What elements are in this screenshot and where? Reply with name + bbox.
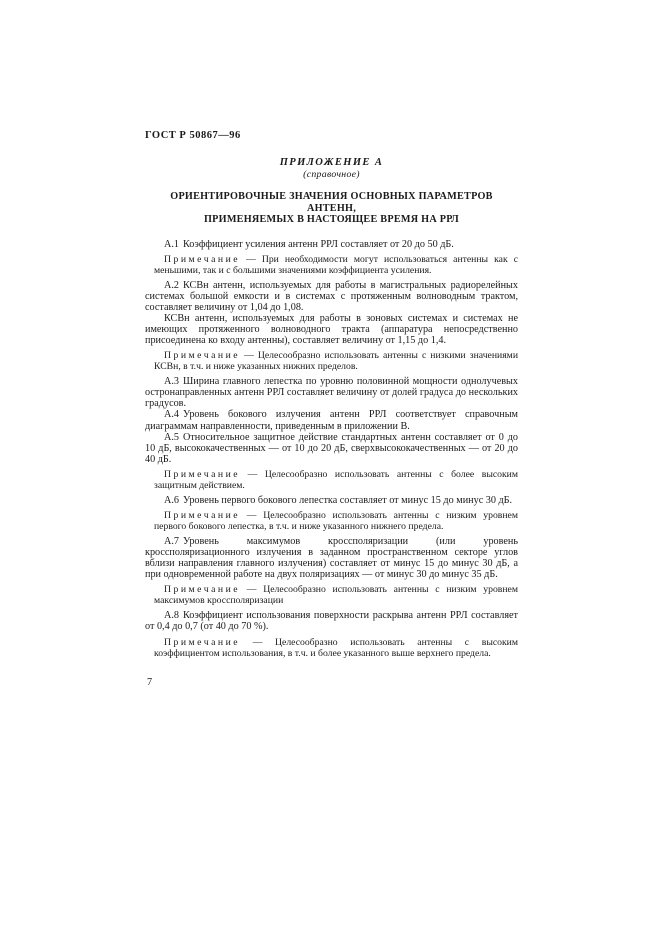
paragraphs-container: А.1Коэффициент усиления антенн РРЛ соста… [145, 239, 518, 659]
appendix-label: ПРИЛОЖЕНИЕ А [145, 157, 518, 168]
clause-text: Уровень максимумов кроссполяризации (или… [145, 536, 518, 580]
clause-paragraph: А.8Коэффициент использования поверхности… [145, 610, 518, 632]
note-label: Примечание [164, 254, 240, 265]
appendix-title: ОРИЕНТИРОВОЧНЫЕ ЗНАЧЕНИЯ ОСНОВНЫХ ПАРАМЕ… [145, 191, 518, 226]
clause-text: Коэффициент усиления антенн РРЛ составля… [183, 239, 454, 250]
clause-paragraph: А.7Уровень максимумов кроссполяризации (… [145, 536, 518, 580]
page-number: 7 [147, 677, 152, 688]
clause-number: А.1 [164, 239, 183, 250]
note-label: Примечание [164, 637, 240, 648]
appendix-kind: (справочное) [145, 169, 518, 180]
note-paragraph: Примечание — Целесообразно использовать … [154, 510, 518, 532]
note-paragraph: Примечание — Целесообразно использовать … [154, 637, 518, 659]
clause-paragraph: А.4Уровень бокового излучения антенн РРЛ… [145, 409, 518, 431]
clause-number: А.2 [164, 280, 183, 291]
clause-paragraph: А.2КСВн антенн, используемых для работы … [145, 280, 518, 313]
clause-paragraph: КСВн антенн, используемых для работы в з… [145, 313, 518, 346]
clause-number: А.5 [164, 432, 183, 443]
clause-number: А.4 [164, 409, 183, 420]
page-content: ГОСТ Р 50867—96 ПРИЛОЖЕНИЕ А (справочное… [145, 130, 518, 663]
clause-text: Коэффициент использования поверхности ра… [145, 610, 518, 632]
clause-text: КСВн антенн, используемых для работы в з… [145, 313, 518, 346]
doc-code: ГОСТ Р 50867—96 [145, 130, 518, 141]
clause-number: А.7 [164, 536, 183, 547]
clause-text: Уровень первого бокового лепестка состав… [183, 495, 512, 506]
clause-paragraph: А.3Ширина главного лепестка по уровню по… [145, 376, 518, 409]
clause-number: А.8 [164, 610, 183, 621]
clause-text: КСВн антенн, используемых для работы в м… [145, 280, 518, 313]
note-paragraph: Примечание — Целесообразно использовать … [154, 584, 518, 606]
note-label: Примечание [164, 584, 240, 595]
note-label: Примечание [164, 469, 240, 480]
note-label: Примечание [164, 510, 240, 521]
note-paragraph: Примечание — Целесообразно использовать … [154, 350, 518, 372]
clause-paragraph: А.5Относительное защитное действие станд… [145, 432, 518, 465]
clause-text: Ширина главного лепестка по уровню полов… [145, 376, 518, 409]
clause-number: А.6 [164, 495, 183, 506]
appendix-title-line1: ОРИЕНТИРОВОЧНЫЕ ЗНАЧЕНИЯ ОСНОВНЫХ ПАРАМЕ… [145, 191, 518, 214]
clause-number: А.3 [164, 376, 183, 387]
clause-text: Относительное защитное действие стандарт… [145, 432, 518, 465]
clause-text: Уровень бокового излучения антенн РРЛ со… [145, 409, 518, 431]
clause-paragraph: А.6Уровень первого бокового лепестка сос… [145, 495, 518, 506]
note-paragraph: Примечание — При необходимости могут исп… [154, 254, 518, 276]
clause-paragraph: А.1Коэффициент усиления антенн РРЛ соста… [145, 239, 518, 250]
appendix-title-line2: ПРИМЕНЯЕМЫХ В НАСТОЯЩЕЕ ВРЕМЯ НА РРЛ [145, 214, 518, 226]
document-page: ГОСТ Р 50867—96 ПРИЛОЖЕНИЕ А (справочное… [0, 0, 661, 936]
note-paragraph: Примечание — Целесообразно использовать … [154, 469, 518, 491]
note-label: Примечание [164, 350, 240, 361]
